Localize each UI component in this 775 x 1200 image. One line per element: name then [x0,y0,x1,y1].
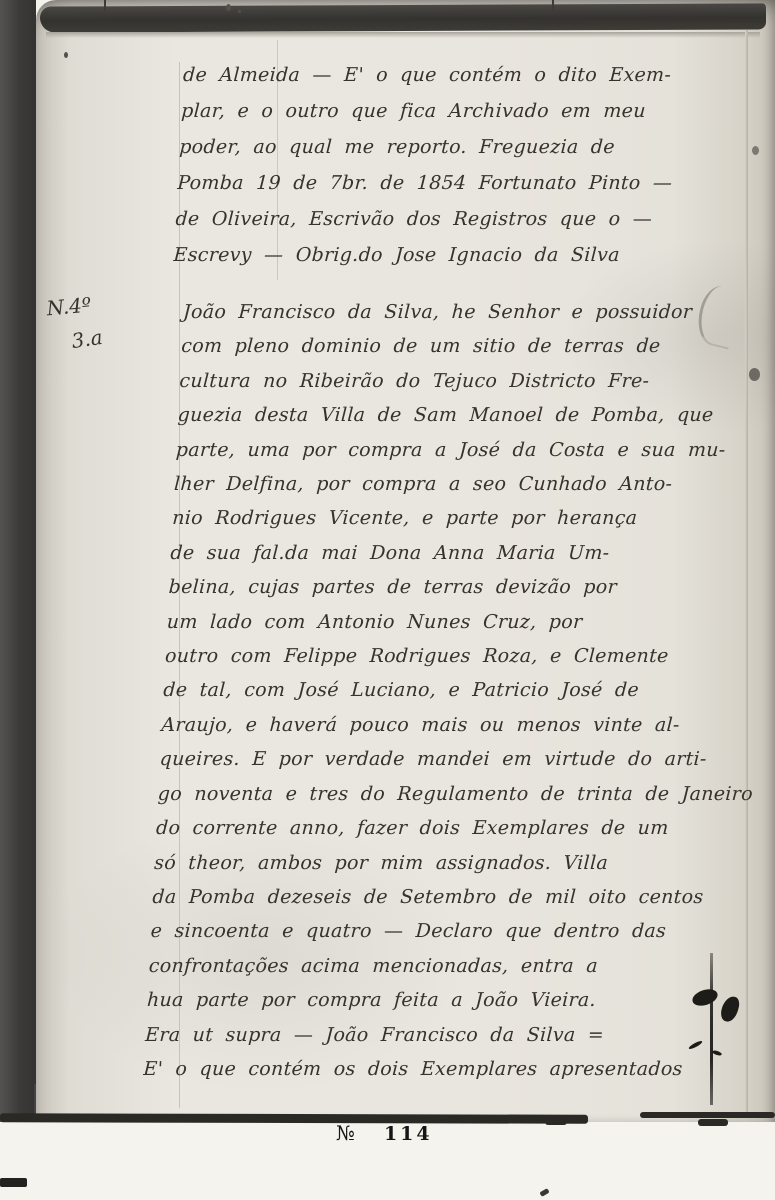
handwritten-line: de Almeida — E' o que contém o dito Exem… [182,57,679,93]
handwritten-line: do corrente anno, fazer dois Exemplares … [155,811,752,845]
folio-number: №114 [336,1121,433,1145]
handwritten-line: guezia desta Villa de Sam Manoel de Pomb… [177,398,774,432]
handwritten-line: Era ut supra — João Francisco da Silva = [144,1018,741,1052]
handwritten-line: belina, cujas partes de terras devizão p… [168,570,765,604]
handwritten-line: com pleno dominio de um sitio de terras … [180,329,775,363]
ink-speck [64,52,68,58]
handwritten-line: parte, uma por compra a José da Costa e … [175,433,772,467]
handwritten-line: só theor, ambos por mim assignados. Vill… [153,846,750,880]
handwritten-line: da Pomba dezeseis de Setembro de mil oit… [152,880,749,914]
handwritten-line: de Oliveira, Escrivão dos Registros que … [175,201,672,237]
ink-speck [238,10,241,13]
closing-paragraph-previous-entry: de Almeida — E' o que contém o dito Exem… [173,57,679,273]
handwritten-line: E' o que contém os dois Exemplares apres… [143,1052,740,1086]
page-top-edge-shadow [40,3,766,32]
handwritten-line: um lado com Antonio Nunes Cruz, por [166,605,763,639]
scanned-document-page: N.4º 3.a de Almeida — E' o que contém o … [0,0,775,1200]
scan-artifact-tick [552,0,554,13]
margin-entry-number: N.4º [46,292,101,321]
numero-sign: № [336,1121,356,1145]
handwritten-line: Escrevy — Obrig.do Jose Ignacio da Silva [173,237,670,273]
page-top-edge-soft-shadow [46,32,760,38]
stain-spot [749,368,760,381]
scan-artifact-dash [0,1178,27,1187]
margin-entry-series: 3.a [70,325,104,353]
handwritten-line: confrontações acima mencionadas, entra a [148,949,745,983]
handwritten-line: nio Rodrigues Vicente, e parte por heran… [171,501,768,535]
page-bottom-edge [0,1113,588,1124]
page-bottom-edge [545,1119,567,1125]
scan-artifact-tick [104,0,106,11]
handwritten-line: João Francisco da Silva, he Senhor e pos… [182,295,775,329]
handwritten-line: lher Delfina, por compra a seo Cunhado A… [173,467,770,501]
scan-left-edge [0,0,36,1126]
page-bottom-edge [640,1112,775,1118]
handwritten-line: poder, ao qual me reporto. Freguezia de [178,129,675,165]
ink-speck [226,4,231,11]
margin-annotation: N.4º 3.a [46,292,104,354]
handwritten-line: outro com Felippe Rodrigues Roza, e Clem… [164,639,761,673]
handwritten-line: hua parte por compra feita a João Vieira… [146,983,743,1017]
page-bottom-edge [698,1119,728,1126]
registry-entry-paragraph: João Francisco da Silva, he Senhor e pos… [143,295,775,1086]
handwritten-line: de sua fal.da mai Dona Anna Maria Um- [170,536,767,570]
handwritten-line: go noventa e tres do Regulamento de trin… [157,777,754,811]
folio-number-value: 114 [384,1123,433,1145]
handwritten-line: Araujo, e haverá pouco mais ou menos vin… [161,708,758,742]
handwritten-line: de tal, com José Luciano, e Patricio Jos… [162,673,759,707]
handwritten-line: e sincoenta e quatro — Declaro que dentr… [150,914,747,948]
handwritten-line: cultura no Ribeirão do Tejuco Districto … [179,364,775,398]
stain-spot [752,146,759,155]
handwritten-line: queires. E por verdade mandei em virtude… [159,742,756,776]
handwritten-line: Pomba 19 de 7br. de 1854 Fortunato Pinto… [176,165,673,201]
handwritten-line: plar, e o outro que fica Archivado em me… [180,93,677,129]
